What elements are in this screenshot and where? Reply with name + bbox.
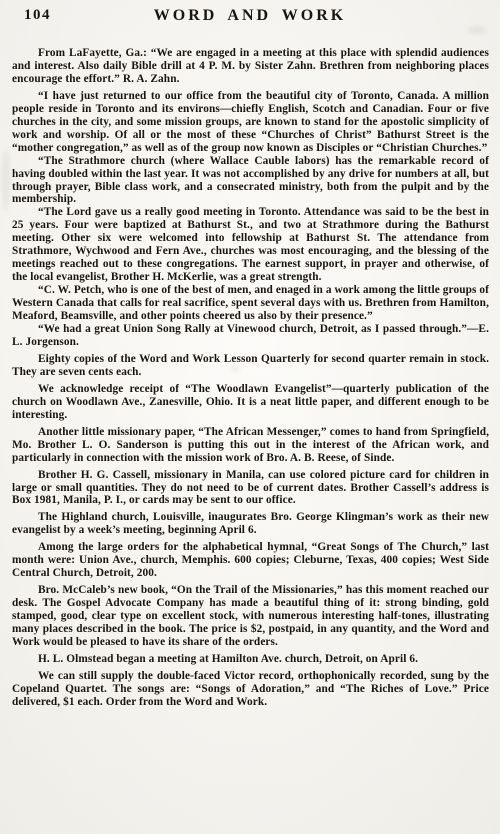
- page-header: 104 WORD AND WORK: [0, 0, 500, 33]
- paragraph: “The Strathmore church (where Wallace Ca…: [12, 155, 489, 207]
- paragraph: The Highland church, Louisville, inaugur…: [12, 511, 489, 537]
- paragraph: “We had a great Union Song Rally at Vine…: [12, 323, 489, 349]
- paragraph: “C. W. Petch, who is one of the best of …: [12, 284, 489, 323]
- paragraph: We acknowledge receipt of “The Woodlawn …: [12, 383, 489, 422]
- paragraph: Bro. McCaleb’s new book, “On the Trail o…: [12, 584, 489, 649]
- paragraph: Brother H. G. Cassell, missionary in Man…: [12, 469, 489, 508]
- paragraph: H. L. Olmstead began a meeting at Hamilt…: [12, 653, 489, 666]
- paragraph: We can still supply the double-faced Vic…: [12, 670, 489, 709]
- paragraph: “The Lord gave us a really good meeting …: [12, 206, 489, 284]
- paragraph: Another little missionary paper, “The Af…: [12, 426, 489, 465]
- page-title: WORD AND WORK: [0, 7, 500, 25]
- scanned-page: 104 WORD AND WORK From LaFayette, Ga.: “…: [0, 0, 500, 834]
- paragraph: From LaFayette, Ga.: “We are engaged in …: [12, 47, 489, 86]
- page-body: From LaFayette, Ga.: “We are engaged in …: [0, 33, 500, 709]
- paragraph: Among the large orders for the alphabeti…: [12, 541, 489, 580]
- paragraph: “I have just returned to our office from…: [12, 90, 489, 155]
- paragraph: Eighty copies of the Word and Work Lesso…: [12, 353, 489, 379]
